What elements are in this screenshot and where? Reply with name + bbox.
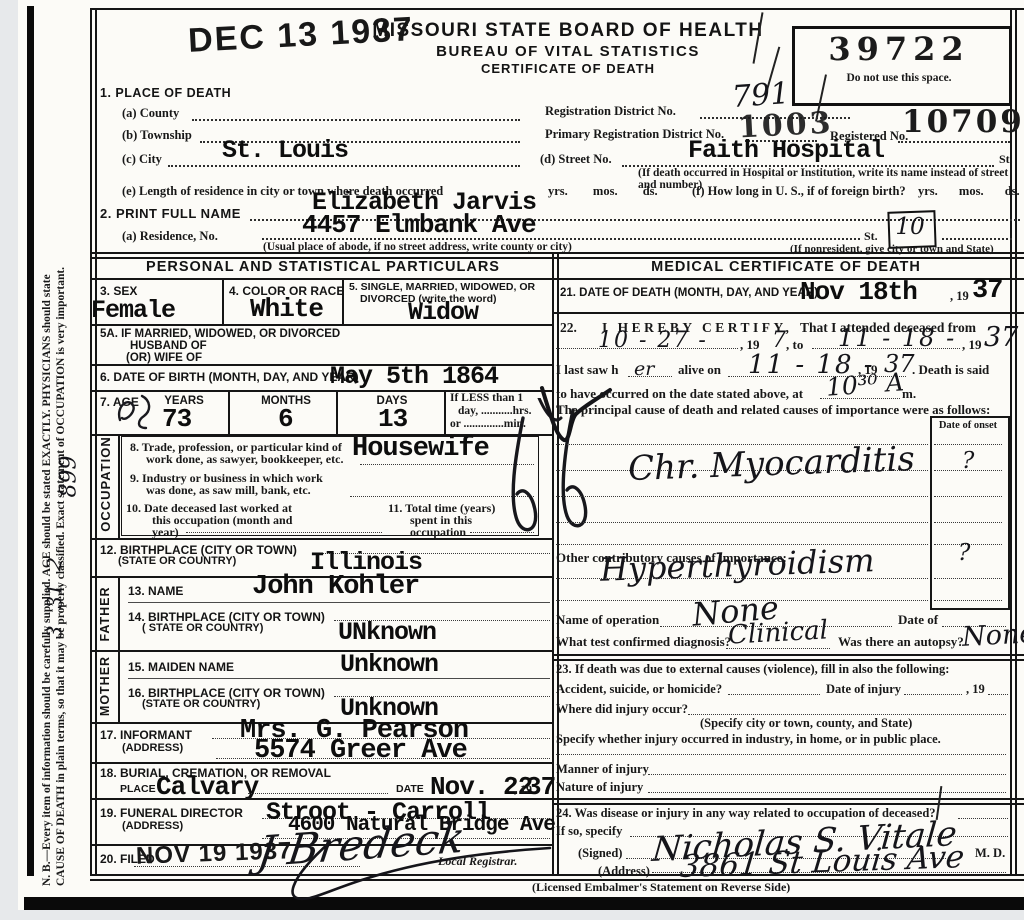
manner-label: Manner of injury [556, 762, 649, 777]
scan-edge-line [27, 6, 34, 876]
cause-onset-value: ? [962, 448, 974, 474]
cause-line [556, 522, 928, 523]
cell-line [228, 390, 230, 434]
if-so-label: If so, specify [556, 824, 622, 839]
city-value: St. Louis [222, 136, 348, 165]
margin-pen-mark: 899 [57, 428, 82, 498]
occ9-label-2: was done, as saw mill, bank, etc. [146, 483, 311, 498]
line [90, 538, 552, 540]
ward-value: 10 [888, 214, 932, 240]
to-19-label: , 19 [962, 337, 982, 353]
field-line [628, 376, 672, 377]
line [552, 312, 1024, 314]
thin-line [128, 678, 550, 679]
mother-name-value: Unknown [340, 650, 438, 679]
foreign-birth-label: (f) How long in U. S., if of foreign bir… [692, 184, 906, 199]
operation-label: Name of operation [556, 612, 659, 628]
cell-line [222, 278, 224, 324]
cause-line [556, 578, 928, 579]
onset-line [934, 444, 1002, 445]
medical-heading: MEDICAL CERTIFICATE OF DEATH [556, 259, 1016, 275]
cause-line [556, 496, 928, 497]
line [90, 650, 552, 652]
onset-line [934, 600, 1002, 601]
occurred-time-value: 10³⁰ A [825, 367, 905, 401]
line [90, 324, 552, 326]
contributory-onset-value: ? [958, 540, 970, 566]
bureau-title: BUREAU OF VITAL STATISTICS [366, 43, 770, 60]
operation-date-label: Date of [898, 612, 938, 628]
father-side-label: FATHER [98, 576, 112, 652]
foreign-units: yrs. mos. ds. [918, 184, 1020, 199]
alive-on-label: alive on [678, 362, 721, 378]
dob-label: 6. DATE OF BIRTH (MONTH, DAY, AND YEAR) [100, 370, 359, 384]
cell-line [118, 434, 120, 538]
street-label: (d) Street No. [540, 152, 612, 167]
onset-line [934, 496, 1002, 497]
line [90, 278, 552, 280]
burial-place-label: PLACE [120, 783, 156, 795]
birthplace-sub: (STATE OR COUNTRY) [118, 555, 236, 567]
file-number: 39722 [792, 30, 1006, 68]
father-birthplace-sub: ( STATE OR COUNTRY) [142, 622, 263, 634]
field-line [904, 694, 962, 695]
occ8-label-2: work done, as sawyer, bookkeeper, etc. [146, 452, 343, 467]
margin-note-line1: N. B.—Every item of information should b… [40, 20, 54, 886]
certificate-title: CERTIFICATE OF DEATH [366, 61, 770, 76]
dod-19-label: , 19 [950, 289, 969, 304]
cell-line [118, 650, 120, 722]
form-top-border [90, 8, 1024, 10]
field-line [186, 532, 382, 533]
last-saw-label: I last saw h [556, 362, 619, 378]
field-line [556, 754, 1006, 755]
field-line [248, 793, 388, 794]
nature-label: Nature of injury [556, 780, 643, 795]
address-label: (Address) [598, 864, 650, 879]
field-line [216, 758, 550, 759]
signed-label: (Signed) [578, 846, 622, 861]
cell-line [444, 390, 446, 434]
father-name-label: 13. NAME [128, 584, 183, 598]
funeral-address-label: (ADDRESS) [122, 820, 183, 832]
married-to-label: 5A. IF MARRIED, WIDOWED, OR DIVORCED [100, 328, 340, 340]
specify-city-note: (Specify city or town, county, and State… [700, 716, 912, 731]
fullname-label: 2. PRINT FULL NAME [100, 206, 241, 221]
residence-units: yrs. mos. ds. [548, 184, 658, 199]
registered-no-line [898, 141, 1010, 143]
funeral-director-label: 19. FUNERAL DIRECTOR [100, 806, 243, 820]
city-field-line [168, 165, 520, 167]
race-value: White [250, 294, 323, 324]
father-birthplace-value: UNknown [338, 618, 436, 647]
wife-of-label: (OR) WIFE OF [126, 352, 202, 364]
autopsy-value: None [961, 618, 1024, 653]
autopsy-label: Was there an autopsy? [838, 634, 964, 650]
field-line [728, 694, 820, 695]
field-line [648, 792, 1006, 793]
cell-line [118, 576, 120, 652]
test-label: What test confirmed diagnosis? [556, 634, 731, 650]
father-name-value: John Kohler [252, 572, 419, 602]
field-line [726, 648, 830, 649]
field-line [648, 774, 1006, 775]
margin-pen-mark: 3 [42, 625, 67, 640]
marital-value: Widow [408, 298, 478, 327]
informant-address-label: (ADDRESS) [122, 742, 183, 754]
field-line [988, 694, 1008, 695]
onset-line [934, 578, 1002, 579]
thin-line [128, 602, 550, 603]
signature-flourish [240, 838, 570, 908]
injury-19-label: , 19 [966, 682, 985, 697]
years-value: 73 [162, 404, 191, 434]
street-st-label: St. [999, 152, 1013, 167]
principal-cause-label: The principal cause of death and related… [556, 402, 990, 418]
injury-date-label: Date of injury [826, 682, 901, 697]
registration-district-label: Registration District No. [545, 104, 676, 119]
test-value: Clinical [727, 615, 828, 650]
mother-birthplace-sub: (STATE OR COUNTRY) [142, 698, 260, 710]
onset-line [934, 522, 1002, 523]
occupation-value: Housewife [352, 434, 489, 464]
dod-year-value: 37 [972, 276, 1002, 306]
attended-from-value: 10 - 27 - [598, 328, 708, 353]
margin-pen-mark: 31 [43, 583, 67, 608]
months-value: 6 [278, 404, 293, 434]
pen-doodle [112, 390, 160, 434]
certificate-scan: N. B.—Every item of information should b… [0, 0, 1024, 920]
county-field-line [192, 119, 520, 121]
line [552, 278, 1024, 280]
mother-side-label: MOTHER [98, 650, 112, 722]
field-line [688, 714, 1006, 715]
field-line [820, 398, 900, 399]
local-registrar-label: Local Registrar. [438, 854, 517, 869]
to-year-value: 37 [984, 322, 1018, 353]
ward-after-line [942, 238, 1012, 240]
burial-date-label: DATE [396, 783, 424, 795]
form-left-border [90, 8, 97, 874]
embalmer-note: (Licensed Embalmer's Statement on Revers… [532, 880, 790, 895]
attended-to-value: 11 - 18 - [838, 324, 956, 352]
accident-label: Accident, suicide, or homicide? [556, 682, 722, 697]
residence-line [262, 238, 860, 240]
cell-line [336, 390, 338, 434]
line [552, 798, 1024, 805]
board-title: MISSOURI STATE BOARD OF HEALTH [366, 20, 770, 42]
onset-label: Date of onset [930, 420, 1006, 431]
onset-box [930, 416, 1010, 610]
date-of-death-value: Nov 18th [800, 277, 917, 307]
husband-of-label: HUSBAND OF [130, 340, 207, 352]
sex-value: Female [91, 296, 175, 325]
mother-name-label: 15. MAIDEN NAME [128, 660, 234, 674]
personal-heading: PERSONAL AND STATISTICAL PARTICULARS [94, 259, 552, 275]
county-label: (a) County [122, 106, 179, 121]
days-value: 13 [378, 404, 407, 434]
field-line [958, 818, 1008, 819]
place-heading: 1. PLACE OF DEATH [100, 86, 231, 100]
marital-label: 5. SINGLE, MARRIED, WIDOWED, OR [349, 281, 535, 293]
where-injury-label: Where did injury occur? [556, 702, 688, 717]
registered-no-value: 10709 [902, 104, 1024, 140]
certify-number: 22. [560, 320, 577, 336]
occurred-m-label: m. [902, 386, 916, 402]
city-label: (c) City [122, 152, 162, 167]
line [552, 654, 1024, 661]
occurred-label: to have occurred on the date stated abov… [556, 386, 803, 402]
street-value: Faith Hospital [688, 136, 884, 165]
township-label: (b) Township [122, 128, 192, 143]
dob-value: May 5th 1864 [330, 362, 498, 391]
informant-label: 17. INFORMANT [100, 728, 192, 742]
residence-no-value: 4457 Elmbank Ave [302, 210, 536, 240]
residence-no-label: (a) Residence, No. [122, 229, 218, 244]
occupation-side-label: OCCUPATION [98, 436, 113, 532]
residence-st-label: St. [864, 229, 878, 244]
specify-industry-label: Specify whether injury occurred in indus… [556, 732, 941, 747]
line [90, 762, 552, 764]
external-causes-label: 23. If death was due to external causes … [556, 662, 949, 677]
death-said-label: . Death is said [912, 362, 989, 378]
md-label: M. D. [975, 846, 1005, 861]
date-of-death-label: 21. DATE OF DEATH (MONTH, DAY, AND YEAR) [560, 287, 818, 299]
